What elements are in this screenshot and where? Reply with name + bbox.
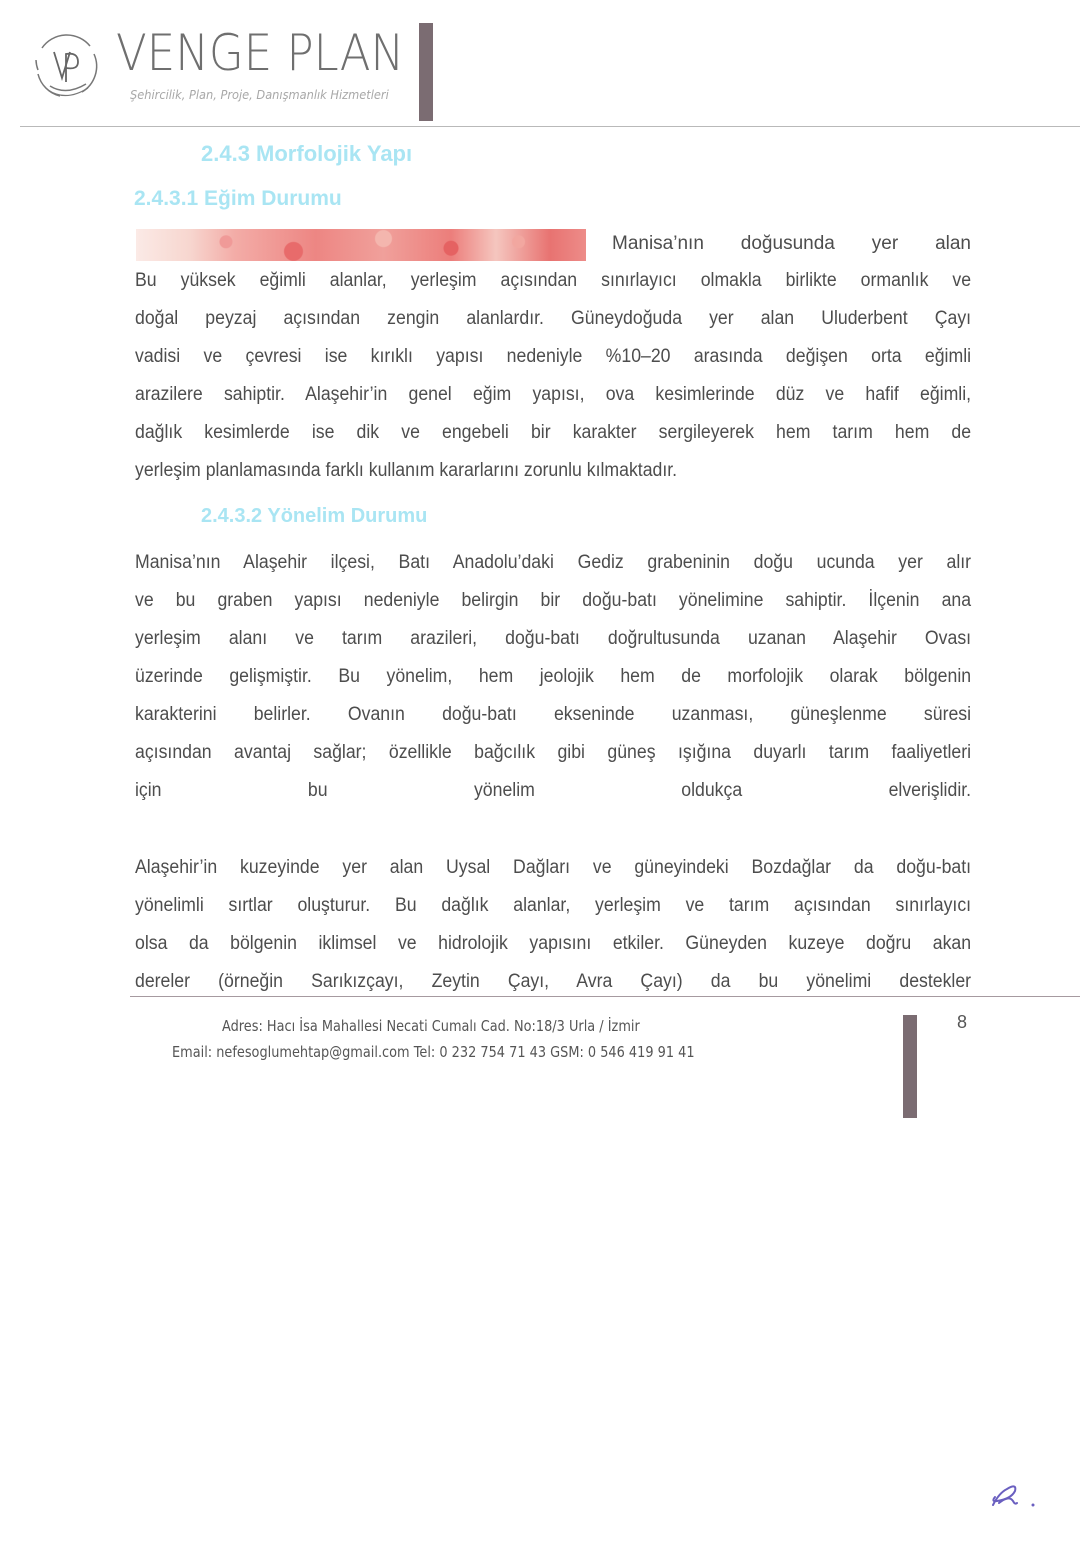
- orientation-paragraph-1: Manisa’nın Alaşehir ilçesi, Batı Anadolu…: [135, 544, 971, 810]
- first-line-fragment: Manisa’nın doğusunda yer alan: [612, 229, 971, 259]
- subsection-heading-slope: 2.4.3.1 Eğim Durumu: [134, 187, 342, 211]
- page-number: 8: [957, 1012, 967, 1033]
- text-line: vadisi ve çevresi ise kırıklı yapısı ned…: [135, 338, 971, 376]
- brand-tagline: Şehircilik, Plan, Proje, Danışmanlık Hiz…: [130, 88, 389, 102]
- header-divider: [20, 126, 1080, 127]
- text-line: ve bu graben yapısı nedeniyle belirgin b…: [135, 582, 971, 620]
- text-line: dağlık kesimlerde ise dik ve engebeli bi…: [135, 414, 971, 452]
- header-accent-bar: [419, 23, 433, 121]
- footer-divider: [130, 996, 1080, 997]
- text-line: yönelimli sırtlar oluşturur. Bu dağlık a…: [135, 887, 971, 925]
- orientation-paragraph-2: Alaşehir’in kuzeyinde yer alan Uysal Dağ…: [135, 849, 971, 1001]
- text-line: Manisa’nın Alaşehir ilçesi, Batı Anadolu…: [135, 544, 971, 582]
- signature-icon: [985, 1475, 1055, 1515]
- footer-address: Adres: Hacı İsa Mahallesi Necati Cumalı …: [222, 1017, 640, 1035]
- text-line: açısından avantaj sağlar; özellikle bağc…: [135, 734, 971, 772]
- slope-paragraph: Bu yüksek eğimli alanlar, yerleşim açısı…: [135, 262, 971, 490]
- text-line: olsa da bölgenin iklimsel ve hidrolojik …: [135, 925, 971, 963]
- text-line: Alaşehir’in kuzeyinde yer alan Uysal Dağ…: [135, 849, 971, 887]
- subsection-heading-orientation: 2.4.3.2 Yönelim Durumu: [201, 505, 427, 528]
- footer-accent-bar: [903, 1015, 917, 1118]
- slope-map-image-fragment: [136, 229, 586, 261]
- text-line: üzerinde gelişmiştir. Bu yönelim, hem je…: [135, 658, 971, 696]
- text-line: yerleşim alanı ve tarım arazileri, doğu-…: [135, 620, 971, 658]
- logo-icon: [30, 30, 102, 102]
- section-heading: 2.4.3 Morfolojik Yapı: [201, 141, 412, 167]
- text-line: doğal peyzaj açısından zengin alanlardır…: [135, 300, 971, 338]
- footer-contact: Email: nefesoglumehtap@gmail.com Tel: 0 …: [172, 1043, 695, 1061]
- text-line: arazilere sahiptir. Alaşehir’in genel eğ…: [135, 376, 971, 414]
- text-line: için bu yönelim oldukça elverişlidir.: [135, 772, 971, 810]
- text-line: karakterini belirler. Ovanın doğu-batı e…: [135, 696, 971, 734]
- text-line: Bu yüksek eğimli alanlar, yerleşim açısı…: [135, 262, 971, 300]
- text-line: yerleşim planlamasında farklı kullanım k…: [135, 452, 971, 490]
- brand-name: VENGE PLAN: [116, 22, 404, 84]
